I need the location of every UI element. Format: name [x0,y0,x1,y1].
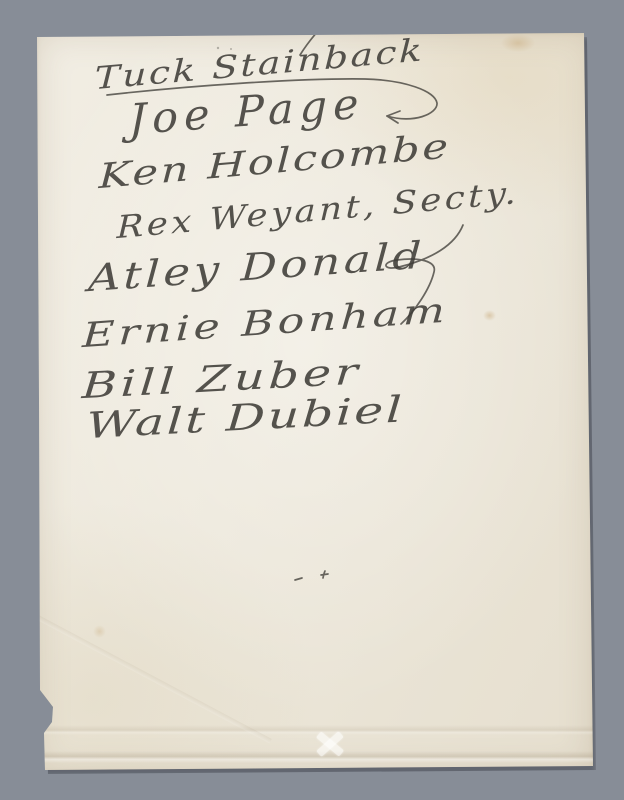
perforation-hole [36,747,42,754]
perforation-hole [36,747,42,754]
autograph-page-paper: Tuck Stainback Joe Page Ken Holcombe Rex… [37,33,593,772]
tape-scuff [311,731,349,757]
perforation-hole [36,747,42,754]
perforation-hole [36,747,42,754]
perforation-hole [36,747,42,754]
perforation-hole [36,747,42,754]
perforation-hole [36,747,42,754]
perforation-hole [36,747,42,754]
photo-background: Tuck Stainback Joe Page Ken Holcombe Rex… [0,0,624,800]
